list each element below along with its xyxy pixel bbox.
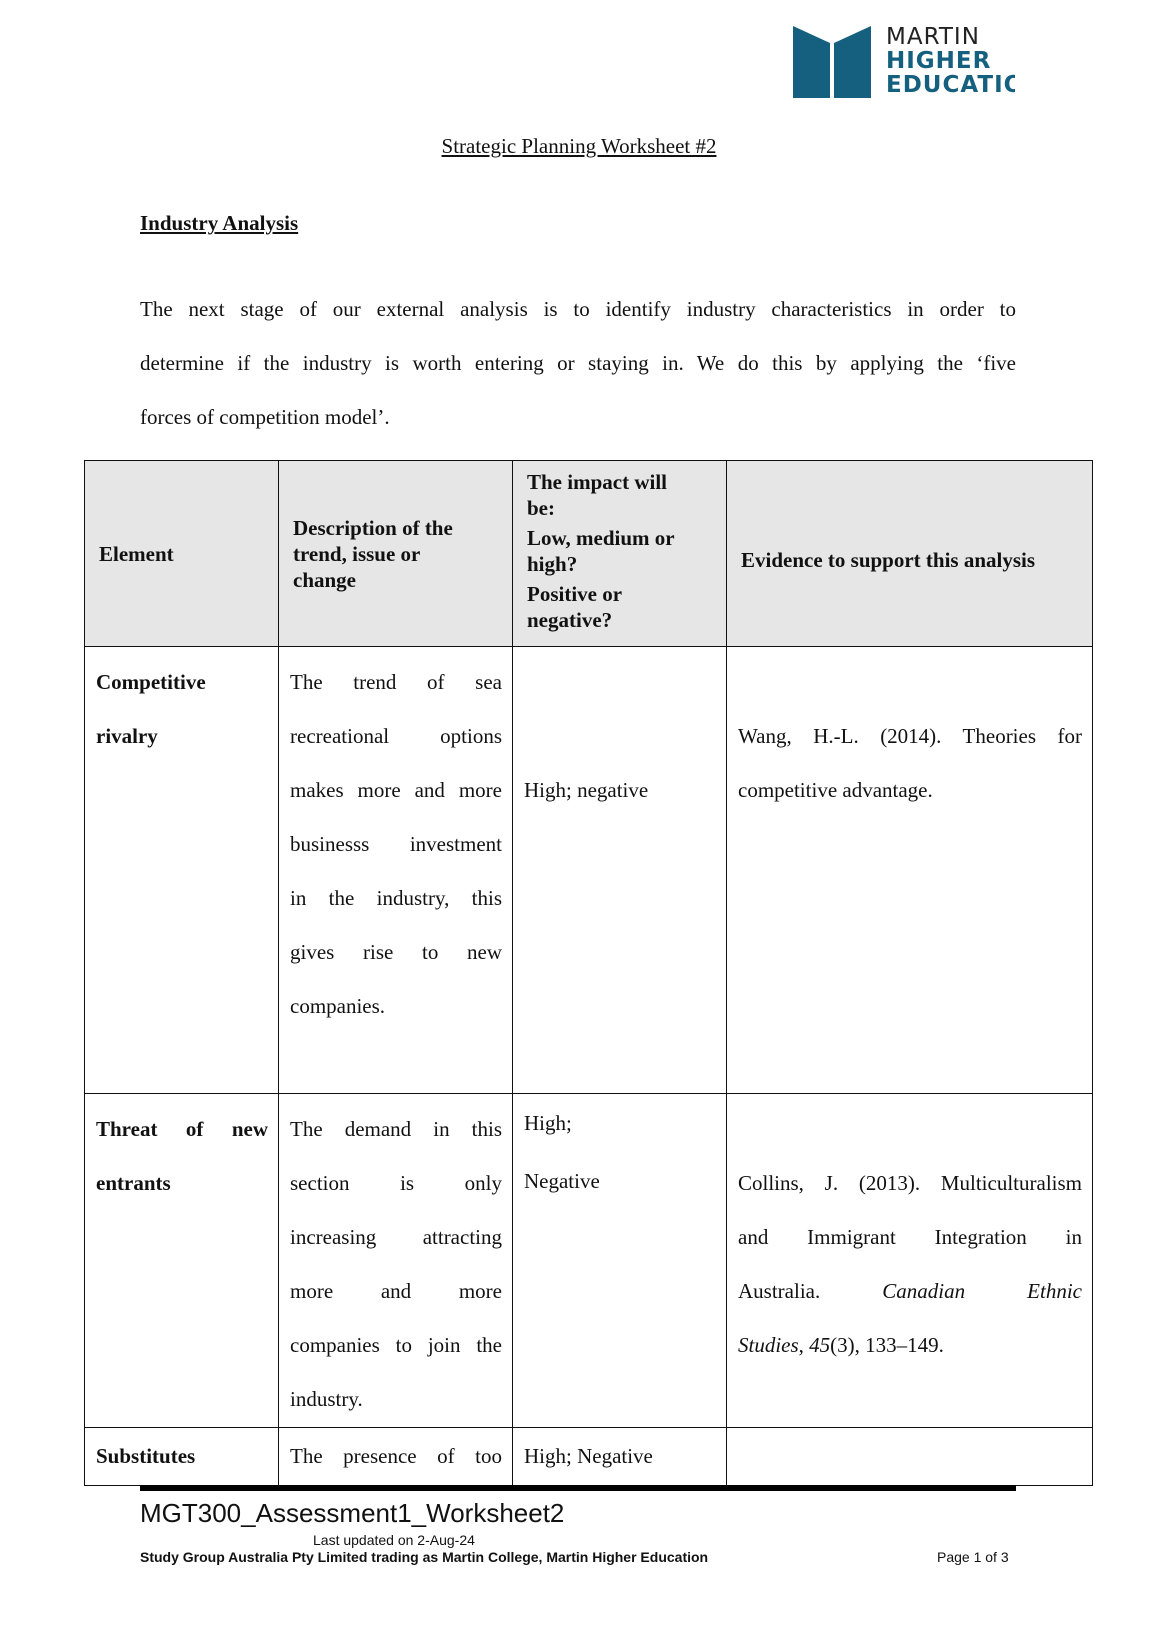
cell-line: competitive advantage. (738, 763, 1082, 817)
cell-line: Studies, 45(3), 133–149. (738, 1318, 1082, 1372)
cell-evidence: Wang, H.-L. (2014). Theories for competi… (727, 647, 1093, 1094)
citation-text: Australia. (738, 1279, 882, 1303)
cell-line: Substitutes (96, 1436, 268, 1476)
header-impact-line: The impact will be: (527, 469, 697, 521)
document-title: Strategic Planning Worksheet #2 (0, 134, 1158, 159)
cell-element: Competitive rivalry (85, 647, 279, 1094)
cell-line: entrants (96, 1156, 268, 1210)
cell-line: companies. (290, 979, 502, 1033)
table-header-row: Element Description of the trend, issue … (85, 461, 1093, 647)
cell-impact: High; negative (513, 647, 727, 1094)
citation-text: (3), 133–149. (830, 1333, 944, 1357)
cell-description: The demand in this section is only incre… (279, 1094, 513, 1428)
cell-line: The presence of too (290, 1436, 502, 1476)
footer-last-updated: Last updated on 2-Aug-24 (313, 1532, 475, 1548)
cell-line: recreational options (290, 709, 502, 763)
cell-line: High; Negative (524, 1436, 716, 1476)
table-row: Competitive rivalry The trend of sea rec… (85, 647, 1093, 1094)
journal-name: Studies (738, 1333, 799, 1357)
cell-line: Competitive (96, 655, 268, 709)
footer-divider (140, 1485, 1016, 1491)
cell-line: businesss investment (290, 817, 502, 871)
header-evidence: Evidence to support this analysis (727, 461, 1093, 647)
header-description-text: Description of the trend, issue or chang… (293, 515, 478, 593)
logo-text-higher: HIGHER (886, 49, 991, 73)
cell-impact: High; Negative (513, 1094, 727, 1428)
header-impact: The impact will be: Low, medium or high?… (513, 461, 727, 647)
intro-paragraph: The next stage of our external analysis … (140, 282, 1016, 444)
journal-name: Ethnic (1027, 1279, 1082, 1303)
cell-line: Collins, J. (2013). Multiculturalism (738, 1156, 1082, 1210)
cell-line: increasing attracting (290, 1210, 502, 1264)
industry-analysis-table: Element Description of the trend, issue … (84, 460, 1093, 1486)
volume: 45 (809, 1333, 830, 1357)
header-impact-line: Positive or negative? (527, 581, 647, 633)
cell-line: High; negative (524, 763, 716, 817)
section-heading: Industry Analysis (140, 211, 298, 236)
cell-line: and Immigrant Integration in (738, 1210, 1082, 1264)
cell-impact: High; Negative (513, 1428, 727, 1486)
journal-name: Canadian (882, 1279, 965, 1303)
cell-line: Threat of new (96, 1102, 268, 1156)
footer-page-number: Page 1 of 3 (937, 1549, 1009, 1565)
cell-line: rivalry (96, 709, 268, 763)
cell-line: in the industry, this (290, 871, 502, 925)
cell-evidence (727, 1428, 1093, 1486)
logo-text-martin: MARTIN (886, 26, 980, 49)
header-element: Element (85, 461, 279, 647)
cell-line: Wang, H.-L. (2014). Theories for (738, 709, 1082, 763)
cell-line: The demand in this (290, 1102, 502, 1156)
cell-description: The presence of too (279, 1428, 513, 1486)
cell-element: Threat of new entrants (85, 1094, 279, 1428)
header-impact-line: Low, medium or high? (527, 525, 697, 577)
cell-line: The trend of sea (290, 655, 502, 709)
cell-line: gives rise to new (290, 925, 502, 979)
intro-line: The next stage of our external analysis … (140, 282, 1016, 336)
table-row: Substitutes The presence of too High; Ne… (85, 1428, 1093, 1486)
cell-line: industry. (290, 1372, 502, 1426)
open-book-icon (793, 26, 873, 98)
cell-element: Substitutes (85, 1428, 279, 1486)
cell-line: more and more (290, 1264, 502, 1318)
cell-line: Negative (524, 1152, 716, 1210)
intro-line: determine if the industry is worth enter… (140, 336, 1016, 390)
footer-company: Study Group Australia Pty Limited tradin… (140, 1549, 708, 1565)
logo-text-education: EDUCATION (886, 73, 1015, 97)
cell-description: The trend of sea recreational options ma… (279, 647, 513, 1094)
header-description: Description of the trend, issue or chang… (279, 461, 513, 647)
citation-text: , (799, 1333, 810, 1357)
cell-line: High; (524, 1094, 716, 1152)
footer-document-name: MGT300_Assessment1_Worksheet2 (140, 1498, 564, 1529)
martin-higher-education-logo: MARTIN HIGHER EDUCATION (793, 26, 1015, 98)
cell-line: companies to join the (290, 1318, 502, 1372)
cell-evidence: Collins, J. (2013). Multiculturalism and… (727, 1094, 1093, 1428)
cell-line: section is only (290, 1156, 502, 1210)
intro-line: forces of competition model’. (140, 390, 1016, 444)
table-row: Threat of new entrants The demand in thi… (85, 1094, 1093, 1428)
cell-line: Australia. Canadian Ethnic (738, 1264, 1082, 1318)
cell-line: makes more and more (290, 763, 502, 817)
